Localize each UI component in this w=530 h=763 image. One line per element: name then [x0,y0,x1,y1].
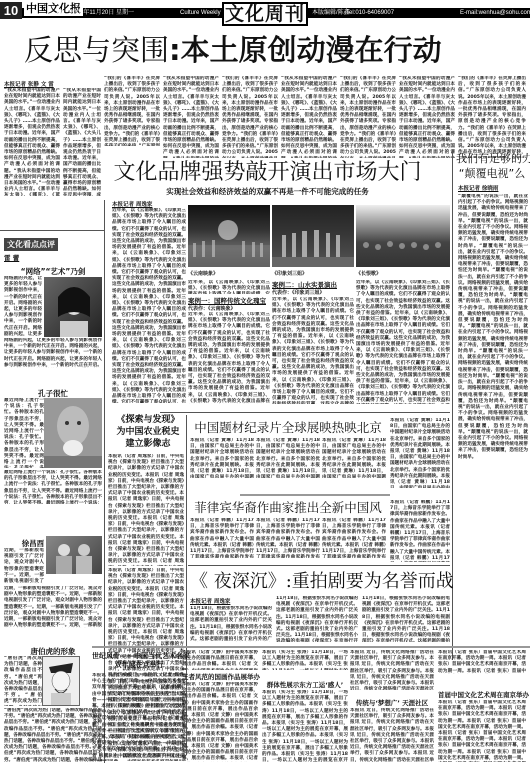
header-weekday: 星期一 [116,8,134,18]
lead-body-col1b: “我从未指望中国的动漫产业在短时间内就能达到日本美国的水平。”一位动漫业内人士坦… [63,88,101,196]
photo-confucius [44,398,102,468]
feature-intro: 近年来，以《云南映象》、《印象刘三姐》、《长恨歌》等为代表的文化演出品牌在市场上… [188,280,270,294]
article-body: 本报讯 近日，传统文化网络推广活动在天涯社区举行，吸引了众多网友参与。本报讯 近… [350,650,434,690]
feature-body-col1: 近年来，以《云南映象》、《印象刘三姐》、《长恨歌》等为代表的文化演出品牌在市场上… [112,208,186,403]
article-body: 本报讯（记者 黄琳）11月18日，由国家广电总局主办的中国题材纪录片全球展映活动… [190,438,254,478]
feature-section1-body: 近年来，以《云南映象》、《印象刘三姐》、《长恨歌》等为代表的文化演出品牌在市场上… [188,312,270,404]
lead-headline-light: 反思与突围 [24,33,169,67]
lead-headline-colon: : [169,33,181,67]
photo-caption: 《印象刘三姐》 [272,270,307,277]
article-body: 本报讯（记者 韩鹏）11月17日，上海音乐学院举行了菲律宾华裔作曲家新作发布会。… [322,518,386,558]
article-body: 本报讯（记者 黄琳）11月18日，由国家广电总局主办的中国题材纪录片全球展映活动… [256,438,320,478]
divider [188,565,450,566]
sidebar-item-body: 近期，一部新版电视剧引发了广泛讨论，观众对剧中人物形象的塑造褒贬不一。近期，一部… [4,548,44,584]
lead-body-col6: “我们的《喜羊羊》在荧屏上播出后，收到了很多孩子们的来信。”广东原创动力公司负责… [340,76,396,158]
lead-body-col4: “我们的《喜羊羊》在荧屏上播出后，收到了很多孩子们的来信。”广东原创动力公司负责… [222,76,278,158]
lead-byline: 本报记者 张静 文 雷 [4,80,54,88]
article-headline-2: 双年展在京举行 [92,661,186,670]
article-headline: 《探索与发现》 [108,415,188,426]
article-headline: 中国题材纪录片全球展映热映北京 [188,420,388,435]
feature-byline: 本报记者 周逸家 [112,200,152,208]
header-date: 2008年11月20日 [70,8,114,18]
lead-body-col2: “我们的《喜羊羊》在荧屏上播出后，收到了很多孩子们的来信。”广东原创动力公司负责… [104,76,160,146]
sidebar-item-body: 近期，一部新版电视剧引发了广泛讨论，观众对剧中人物形象的塑造褒贬不一。近期，一部… [4,586,102,628]
sidebar-right-headline-1: 我们有足够的力量 [456,152,528,165]
lead-body-col3: “我从未指望中国的动漫产业在短时间内就能达到日本美国的水平。”一位动漫业内人士坦… [163,76,219,158]
article-headline-rest: :重拍剧要为名誉而战 [286,571,454,592]
article-headline: 菲律宾华裔作曲家推出全新中国风 [188,500,388,515]
article-body: 本报讯（记者 张东）首届中国文化艺术周在南京开幕，活动为期一周。本报讯（记者 张… [438,700,526,762]
article-headline-title: 《 夜深沉》 [190,571,286,592]
feature-body-col4: 近年来，以《云南映象》、《印象刘三姐》、《长恨歌》等为代表的文化演出品牌在市场上… [356,280,450,404]
article-headline: 传统与‘梦想广’ 天涯社区 [350,698,434,707]
article-body: 本报讯（实习生 张涛）11月18日，一场以工人题材为主的展览在京开幕，展出了多幅… [262,690,348,762]
article-body: 本报讯 近日，传统文化网络推广活动在天涯社区举行，吸引了众多网友参与。本报讯 近… [350,708,434,762]
photo-liusanjie [272,205,354,267]
article-body: 本报讯（记者 文静）由中国美术家协会主办的国画作品展日前在京开幕，展出作品百余幅… [182,650,258,670]
sidebar-right-body: “颠覆电视”的说法一出，就在业内引起了不小的争议。网络视频的迅猛发展，确实给传统… [458,194,528,660]
sidebar-item-body: 最近网络上流行一个说法：孔子很忙。各种版本的孔子形象层出不穷，让人哭笑不得。最近… [4,470,102,504]
header-weekly: Culture Weekly [180,8,221,18]
article-body: 本报讯（记者 张东）首届中国文化艺术周在南京开幕，活动为期一周。本报讯（记者 张… [438,650,526,674]
sidebar-right-headline-2: “颠覆电视”么 [456,167,528,180]
feature-section2-sub: 代表作：《印象刘三姐》 [272,289,325,296]
sidebar-right-byline: 本报记者 徐晓雨 [458,184,498,192]
divider [160,412,450,413]
article-body: 本报讯（记者 韩鹏）11月17日，上海音乐学院举行了菲律宾华裔作曲家新作发布会。… [390,500,450,562]
sidebar-item-body: 网络剧的兴起，让更多的年轻人参与到影视创作中来，一个新的时代正在开启。网络剧的兴… [4,338,102,368]
lead-body-col7: “我从未指望中国的动漫产业在短时间内就能达到日本美国的水平。”一位动漫业内人士坦… [399,76,455,158]
article-body: 11月18日，根据张恨水同名小说改编的电视剧《夜深沉》在京举行开机仪式。这部老剧… [362,596,450,642]
article-headline-2: 为中国农业税史 [108,427,188,438]
feature-headline: 文化品牌强势敲开演出市场大门 [110,160,425,186]
section-title: 文化周刊 [222,2,308,26]
lead-body-col5: “我从未指望中国的动漫产业在短时间内就能达到日本美国的水平。”一位动漫业内人士坦… [281,76,337,158]
feature-section1-title: 案例一：国粹传统文化瑰宝 [188,296,266,305]
photo-drama [46,536,102,574]
photo-changhenge [356,205,450,267]
article-body: 本报讯（记者 周逸家）日前，中央电视台《探索与发现》栏目推出了大型纪录片，以影像… [108,454,184,566]
header-tel: Tel:010-64069007 [346,8,394,18]
article-headline: 首届中国文化艺术周在南京举办 [438,690,526,699]
sidebar-item-body: 网络剧的兴起，让更多的年轻人参与到影视创作中来，一个新的时代正在开启。网络剧的兴… [4,276,42,336]
photo-yunnan [188,205,270,267]
header-slashes: //// [56,8,62,18]
feature-section2-title: 案例二：山水实景演出 [272,280,337,289]
page-number: 10 [0,2,22,19]
photo-woman [44,277,102,337]
article-headline: 《 夜深沉》:重拍剧要为名誉而战 [190,572,450,592]
photo-caption: 《长恨歌》 [356,270,381,277]
divider [92,646,530,648]
sidebar-item-body: “唐伯虎”再次成为热门话题，各种改编作品层出不穷。“唐伯虎”再次成为热门话题，各… [4,656,42,706]
photo-portrait [42,656,80,706]
article-body: 11月18日，根据张恨水同名小说改编的电视剧《夜深沉》在京举行开机仪式。这部老剧… [190,606,272,642]
article-body: 本报讯（记者 韩鹏）11月17日，上海音乐学院举行了菲律宾华裔作曲家新作发布会。… [190,518,254,558]
article-body: 本报讯（记者 韩鹏）11月17日，上海音乐学院举行了菲律宾华裔作曲家新作发布会。… [256,518,320,558]
feature-subheadline: 实现社会效益和经济效益的双赢不再是一件不可能完成的任务 [110,186,425,197]
lead-headline-bold: 本土原创动漫在行动 [181,33,442,67]
article-headline: 王者风范的国画作品展举办 [182,672,260,681]
article-headline-3: 建立影像志 [108,439,188,450]
article-body: 11月18日，根据张恨水同名小说改编的电视剧《夜深沉》在京举行开机仪式。这部老剧… [276,596,358,642]
header-email: E-mail:wenhua@sohu.com [460,8,530,18]
sidebar-left-author: 雷 蕾 [4,253,19,262]
article-body: 本报讯（记者 韩鹏）由中国当代文化发展研究中心主办的“世纪风骨——中国当代艺术名… [92,673,186,761]
header-editor: 本版编辑/陈鑫 [312,8,350,18]
lead-headline: 反思与突围:本土原创动漫在行动 [24,32,514,68]
divider [240,494,390,496]
sidebar-item-body: 最近网络上流行一个说法：孔子很忙。各种版本的孔子形象层出不穷，让人哭笑不得。最近… [4,398,44,468]
article-headline: 世纪风骨——中国当代艺术名家 [92,652,186,661]
lead-body-col8: “我们的《喜羊羊》在荧屏上播出后，收到了很多孩子们的来信。”广东原创动力公司负责… [458,76,526,158]
article-byline: 本报记者 周逸家 [190,597,230,605]
sidebar-left-title: 文化看点点评 [4,238,58,251]
article-body: 本报讯（记者 黄琳）11月18日，由国家广电总局主办的中国题材纪录片全球展映活动… [390,418,450,488]
article-body: 本报讯（记者 文静）由中国美术家协会主办的国画作品展日前在京开幕，展出作品百余幅… [182,682,258,762]
photo-caption: 《云南映象》 [188,270,218,277]
article-headline: 群体性展示东方工运‘感人’ [262,680,348,689]
lead-body-col1: “我从未指望中国的动漫产业在短时间内就能达到日本美国的水平。”一位动漫业内人士坦… [4,88,60,196]
feature-section1-sub: 代表作：《云南映象》 [188,305,236,312]
sidebar-item-body: “唐伯虎”再次成为热门话题，各种改编作品层出不穷。“唐伯虎”再次成为热门话题，各… [4,708,102,762]
feature-section2-body: 近年来，以《云南映象》、《印象刘三姐》、《长恨歌》等为代表的文化演出品牌在市场上… [272,297,354,404]
article-body: 本报讯（实习生 张涛）11月18日，一场以工人题材为主的展览在京开幕，展出了多幅… [262,650,348,670]
article-body: 本报讯（记者 黄琳）11月18日，由国家广电总局主办的中国题材纪录片全球展映活动… [322,438,386,478]
divider [0,230,104,231]
